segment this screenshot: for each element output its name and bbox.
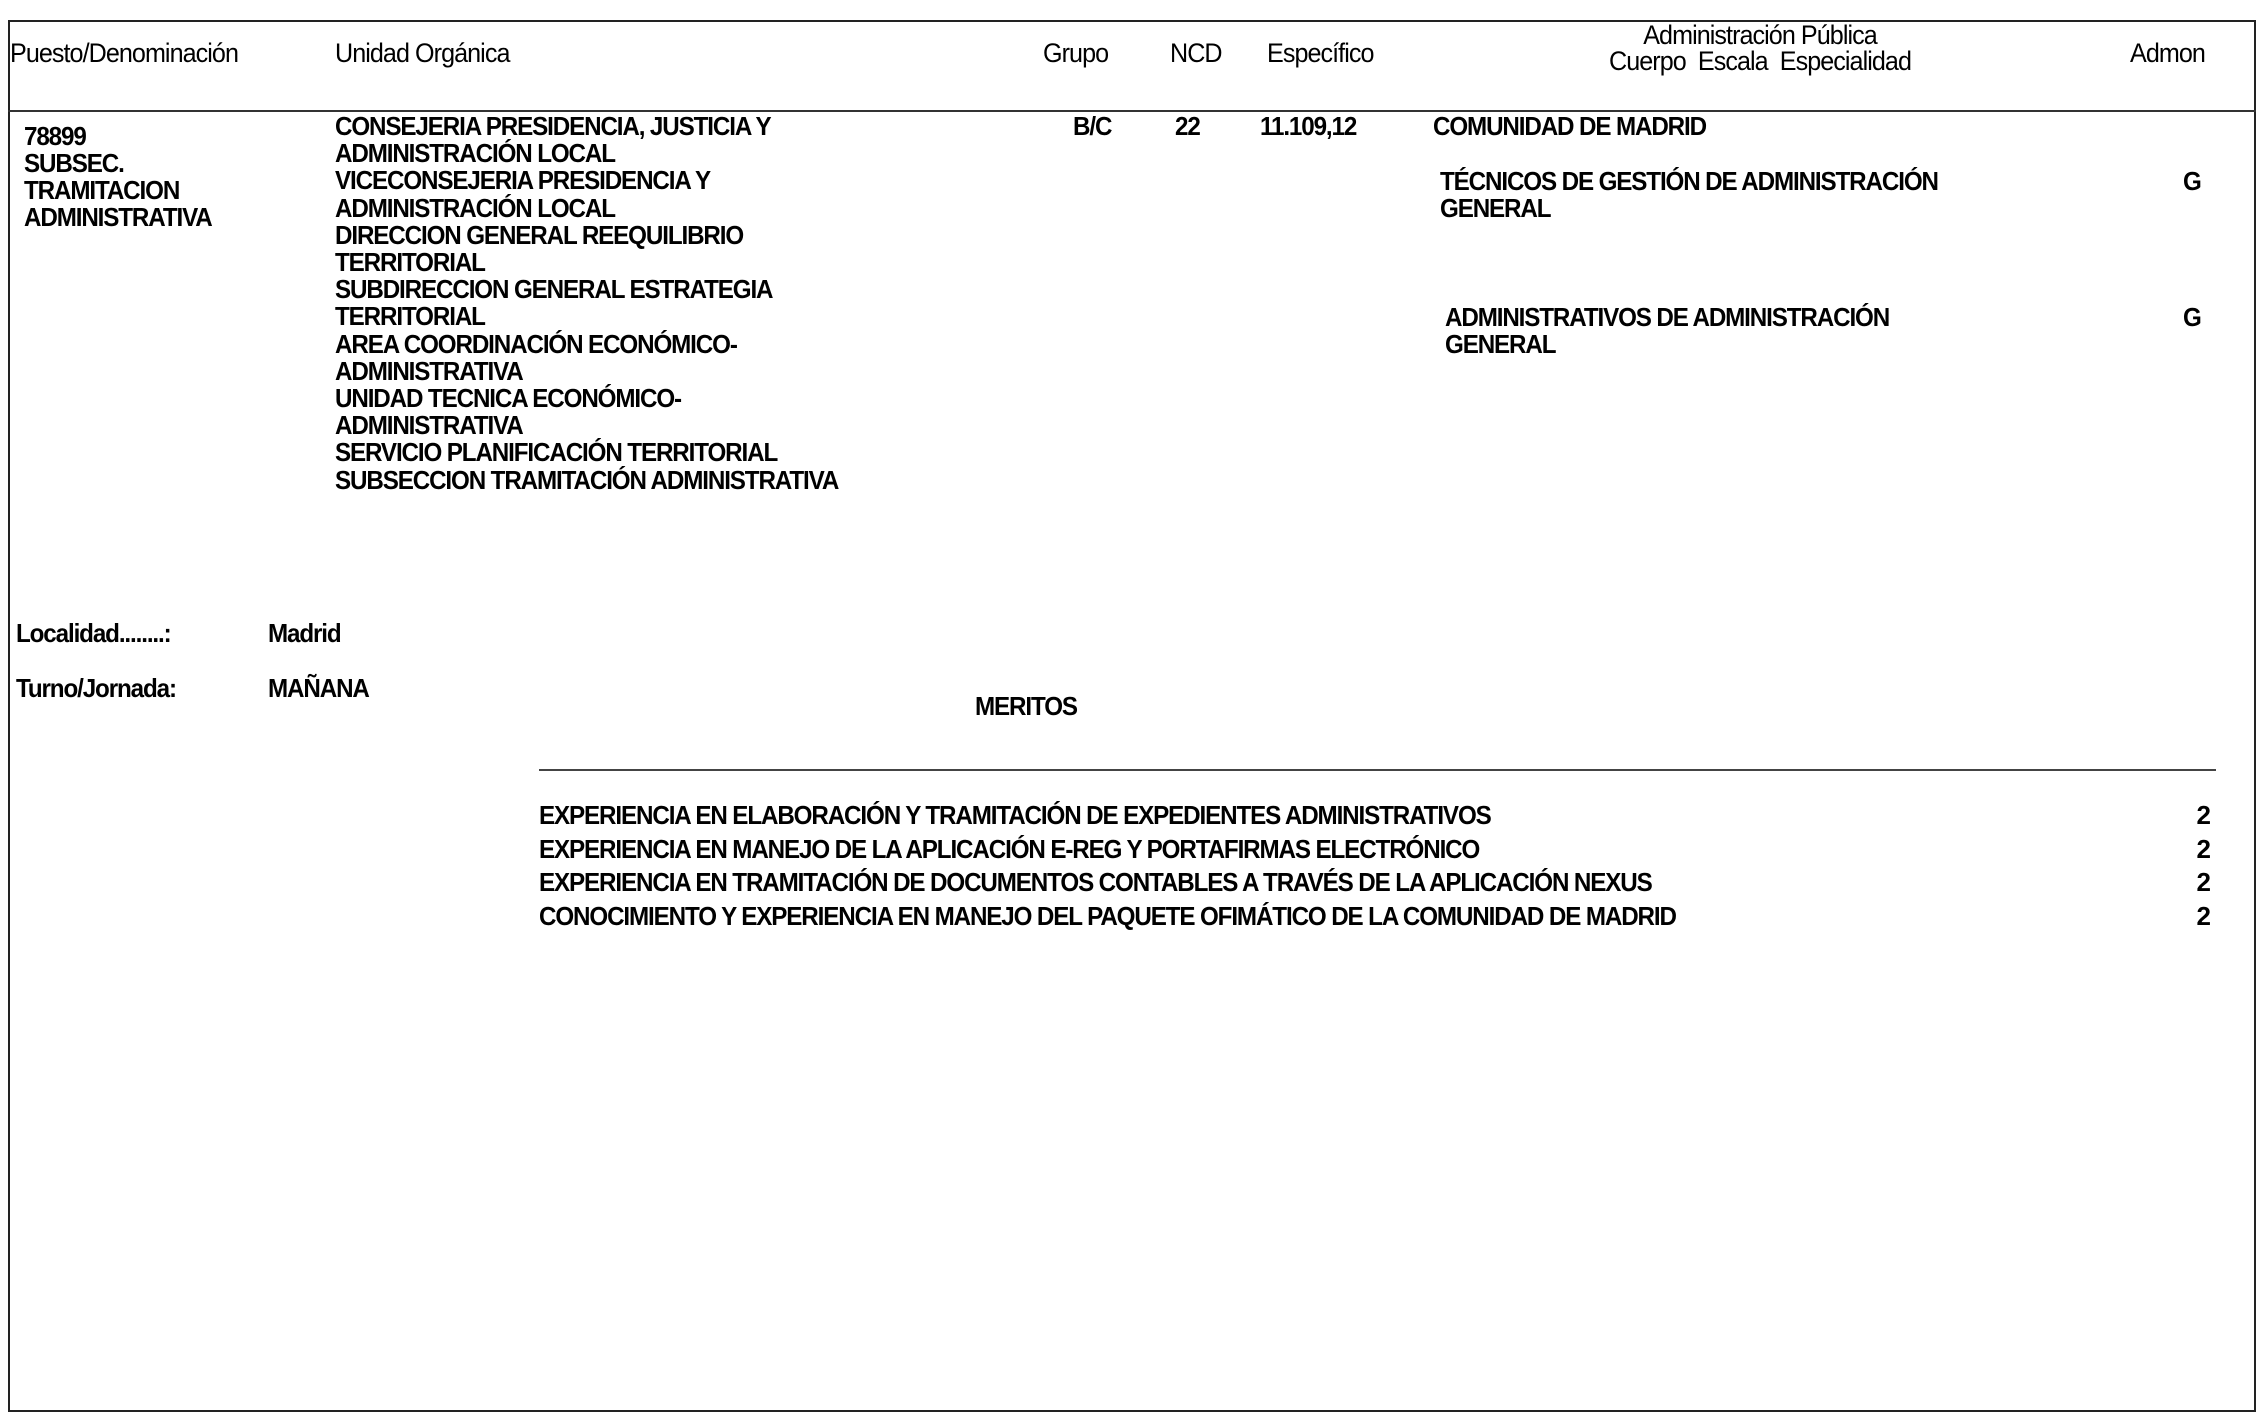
ncd-value: 22 [1175, 113, 1200, 140]
header-admin-publica-2: Cuerpo Escala Especialidad [1518, 48, 2002, 75]
cuerpo-2-line1: ADMINISTRATIVOS DE ADMINISTRACIÓN [1445, 304, 1889, 331]
merito-points: 2 [2197, 867, 2211, 898]
unidad-organica-line: AREA COORDINACIÓN ECONÓMICO- [335, 331, 737, 358]
merito-row: EXPERIENCIA EN TRAMITACIÓN DE DOCUMENTOS… [539, 867, 2211, 900]
unidad-organica-line: SUBDIRECCION GENERAL ESTRATEGIA [335, 276, 772, 303]
merito-row: EXPERIENCIA EN MANEJO DE LA APLICACIÓN E… [539, 834, 2211, 867]
cuerpo-1-admon: G [2183, 168, 2201, 195]
unidad-organica-line: TERRITORIAL [335, 249, 485, 276]
meritos-title: MERITOS [975, 693, 1077, 720]
meritos-divider [539, 769, 2216, 771]
unidad-organica-line: UNIDAD TECNICA ECONÓMICO- [335, 385, 681, 412]
unidad-organica-line: ADMINISTRATIVA [335, 358, 523, 385]
cuerpo-1-line2: GENERAL [1440, 195, 1550, 222]
merito-points: 2 [2197, 901, 2211, 932]
grupo-value: B/C [1073, 113, 1111, 140]
merito-text: EXPERIENCIA EN ELABORACIÓN Y TRAMITACIÓN… [539, 800, 1491, 831]
cuerpo-2-line2: GENERAL [1445, 331, 1555, 358]
header-grupo: Grupo [1043, 40, 1108, 67]
puesto-codigo: 78899 [24, 123, 86, 150]
puesto-denominacion-2: TRAMITACION [24, 177, 179, 204]
turno-label: Turno/Jornada: [16, 675, 176, 702]
cuerpo-1-line1: TÉCNICOS DE GESTIÓN DE ADMINISTRACIÓN [1440, 168, 1938, 195]
unidad-organica-line: ADMINISTRATIVA [335, 412, 523, 439]
header-admin-publica-1: Administración Pública [1518, 22, 2002, 49]
merito-text: EXPERIENCIA EN MANEJO DE LA APLICACIÓN E… [539, 834, 1479, 865]
header-unidad: Unidad Orgánica [335, 40, 509, 67]
merito-row: EXPERIENCIA EN ELABORACIÓN Y TRAMITACIÓN… [539, 800, 2211, 833]
merito-points: 2 [2197, 800, 2211, 831]
unidad-organica-line: SUBSECCION TRAMITACIÓN ADMINISTRATIVA [335, 467, 838, 494]
unidad-organica-line: DIRECCION GENERAL REEQUILIBRIO [335, 222, 743, 249]
header-especifico: Específico [1267, 40, 1374, 67]
merito-text: CONOCIMIENTO Y EXPERIENCIA EN MANEJO DEL… [539, 901, 1676, 932]
localidad-label: Localidad........: [16, 620, 171, 647]
merito-text: EXPERIENCIA EN TRAMITACIÓN DE DOCUMENTOS… [539, 867, 1652, 898]
unidad-organica-line: SERVICIO PLANIFICACIÓN TERRITORIAL [335, 439, 777, 466]
merito-points: 2 [2197, 834, 2211, 865]
unidad-organica-line: CONSEJERIA PRESIDENCIA, JUSTICIA Y [335, 113, 770, 140]
header-admon: Admon [2130, 40, 2205, 67]
merito-row: CONOCIMIENTO Y EXPERIENCIA EN MANEJO DEL… [539, 901, 2211, 934]
localidad-value: Madrid [268, 620, 341, 647]
unidad-organica-line: ADMINISTRACIÓN LOCAL [335, 195, 615, 222]
unidad-organica-line: TERRITORIAL [335, 303, 485, 330]
header-ncd: NCD [1170, 40, 1222, 67]
puesto-denominacion-1: SUBSEC. [24, 150, 124, 177]
turno-value: MAÑANA [268, 675, 369, 702]
unidad-organica-line: ADMINISTRACIÓN LOCAL [335, 140, 615, 167]
puesto-denominacion-3: ADMINISTRATIVA [24, 204, 212, 231]
administracion-value: COMUNIDAD DE MADRID [1433, 113, 1706, 140]
unidad-organica-line: VICECONSEJERIA PRESIDENCIA Y [335, 167, 710, 194]
cuerpo-2-admon: G [2183, 304, 2201, 331]
especifico-value: 11.109,12 [1260, 113, 1356, 140]
header-puesto: Puesto/Denominación [10, 40, 238, 67]
